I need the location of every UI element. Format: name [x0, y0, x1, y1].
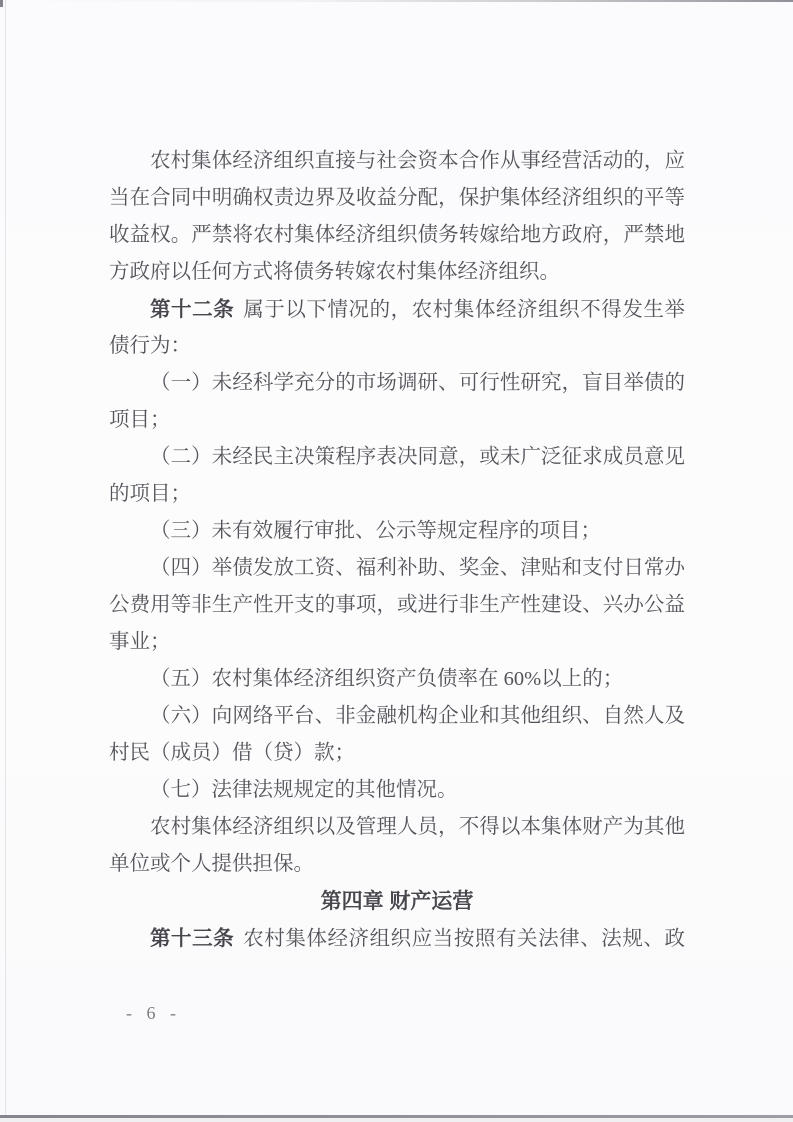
article-13-number: 第十三条: [150, 927, 234, 950]
list-item-5-line: （五）农村集体经济组织资产负债率在 60%以上的；: [109, 661, 685, 698]
text-line: 的项目；: [109, 476, 685, 513]
text-line: 农村集体经济组织直接与社会资本合作从事经营活动的，应: [109, 143, 685, 180]
document-page: 农村集体经济组织直接与社会资本合作从事经营活动的，应 当在合同中明确权责边界及收…: [0, 0, 793, 1122]
text-line: 公费用等非生产性开支的事项，或进行非生产性建设、兴办公益: [109, 587, 685, 624]
text-line: 收益权。严禁将农村集体经济组织债务转嫁给地方政府，严禁地: [109, 217, 685, 254]
article-13-line: 第十三条农村集体经济组织应当按照有关法律、法规、政: [109, 920, 685, 957]
list-item-3-line: （三）未有效履行审批、公示等规定程序的项目；: [109, 513, 685, 550]
text-line: 农村集体经济组织以及管理人员，不得以本集体财产为其他: [109, 809, 685, 846]
text-line: 单位或个人提供担保。: [109, 846, 685, 883]
scan-artifact-bottom-strip: [0, 1118, 793, 1122]
scan-artifact-left-line: [5, 0, 6, 1115]
scan-artifact-corner-mark: [0, 0, 3, 7]
text-line: 事业；: [109, 624, 685, 661]
article-12-text: 属于以下情况的，农村集体经济组织不得发生举: [243, 299, 685, 321]
text-line: 当在合同中明确权责边界及收益分配，保护集体经济组织的平等: [109, 180, 685, 217]
list-item-1-line: （一）未经科学充分的市场调研、可行性研究，盲目举债的: [109, 365, 685, 402]
article-13-text: 农村集体经济组织应当按照有关法律、法规、政: [243, 928, 685, 950]
list-item-7-line: （七）法律法规规定的其他情况。: [109, 772, 685, 809]
chapter-4-heading: 第四章 财产运营: [109, 883, 685, 920]
text-line: 项目；: [109, 402, 685, 439]
page-number: - 6 -: [126, 1001, 181, 1025]
body-text: 农村集体经济组织直接与社会资本合作从事经营活动的，应 当在合同中明确权责边界及收…: [109, 143, 685, 957]
article-12-number: 第十二条: [150, 298, 234, 321]
article-12-line: 第十二条属于以下情况的，农村集体经济组织不得发生举: [109, 291, 685, 328]
scan-artifact-top-edge: [0, 0, 793, 2]
text-line: 方政府以任何方式将债务转嫁农村集体经济组织。: [109, 254, 685, 291]
list-item-6-line: （六）向网络平台、非金融机构企业和其他组织、自然人及: [109, 698, 685, 735]
list-item-2-line: （二）未经民主决策程序表决同意，或未广泛征求成员意见: [109, 439, 685, 476]
text-line: 债行为：: [109, 328, 685, 365]
text-line: 村民（成员）借（贷）款；: [109, 735, 685, 772]
list-item-4-line: （四）举债发放工资、福利补助、奖金、津贴和支付日常办: [109, 550, 685, 587]
